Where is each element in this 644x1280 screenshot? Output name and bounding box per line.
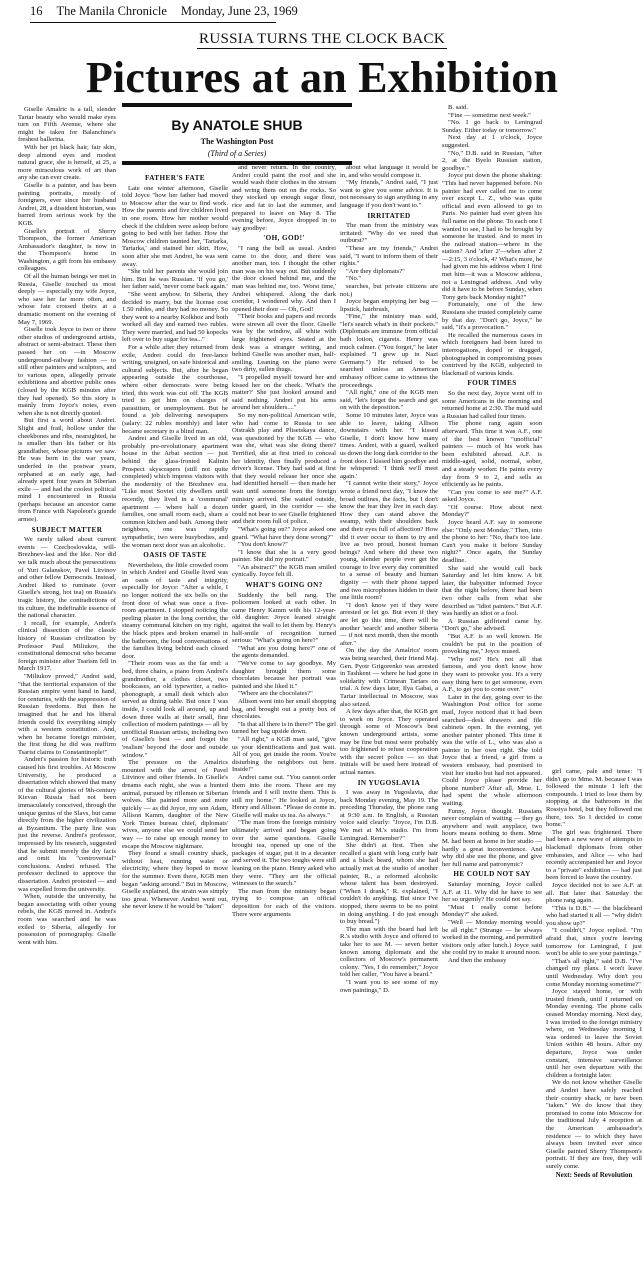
paragraph: Joyce decided not to see A.F. at all. Bu… [546,882,642,905]
paragraph: The girl was frightened. There had been … [546,829,642,882]
paragraph: "All right," a KGB man said, "give us yo… [232,736,336,774]
paragraph: Andrei came out. "You cannot order them … [232,774,336,820]
paragraph: "My friends," Andrei said, "I just want … [340,179,438,209]
paragraph: "Their books and papers and records were… [232,313,336,374]
paragraph: "Are they diplomats?" [340,268,438,276]
section-subhead: HE COULD NOT SAY [442,871,542,879]
paragraph: Giselle is a painter, and has been paint… [18,182,116,228]
paragraph: "What are you doing here?" one of the ag… [232,645,336,660]
paragraph: and never return. In the country, Andrei… [232,164,336,232]
byline-org: The Washington Post [122,137,352,146]
paragraph: With her jet black hair, fair skin, deep… [18,144,116,182]
paragraph: A Russian girlfriend came by. "Don't go,… [442,618,542,633]
paragraph: He recalled the numerous cases in which … [442,332,542,378]
kicker: RUSSIA TURNS THE CLOCK BACK [0,30,644,48]
paragraph: "What's going on?" Joyce asked one guard… [232,526,336,541]
paragraph: On the day the Amalrics' room was being … [340,647,438,708]
paragraph: searches, but private citizens are not.) [340,283,438,298]
paragraph: Late one winter afternoon, Giselle told … [122,185,228,269]
section-subhead: SUBJECT MATTER [18,527,116,535]
paragraph: "These are my friends," Andrei said, "I … [340,245,438,268]
paragraph: Andrei's passion for historic truth caus… [18,756,116,893]
paragraph: "Miliukov proved," Andrei said, "that th… [18,673,116,757]
paragraph: "I cannot write their story," Joyce wrot… [340,480,438,602]
series-label: (Third of a Series) [122,149,352,158]
byline-author: By ANATOLE SHUB [122,117,352,133]
paragraph: "She told her parents she would join him… [122,268,228,291]
paragraph: "The man from the foreign ministry ultim… [232,819,336,887]
paragraph: The man with the beard had left R.'s stu… [340,926,438,979]
section-subhead: WHAT'S GOING ON? [232,582,336,590]
divider [122,103,352,107]
paragraph: "You don't know?" [232,541,336,549]
paragraph: "No. I go back to Leningrad Sunday. Eith… [442,119,542,134]
paragraph: "She went anyhow. In Siberia, they decid… [122,291,228,344]
paragraph: Nevertheless, the little crowded room in… [122,562,228,661]
paragraph: "Fine — sometime next week." [442,112,542,120]
paragraph: "An abstract?" the KGB man smiled cynica… [232,564,336,579]
page-number: 16 [30,4,43,18]
issue-date: Monday, June 23, 1969 [181,4,298,18]
paragraph: Later in the day, going over to the Wash… [442,694,542,808]
paragraph: So the next day, Joyce went off to some … [442,390,542,420]
paragraph: B. said. [442,104,542,112]
paragraph: "Where are the chocolates?" [232,690,336,698]
section-subhead: OASIS OF TASTE [122,552,228,560]
paragraph: "Fine," the ministry man said, "let's se… [340,313,438,389]
paragraph: "I want you to see some of my own painti… [340,979,438,994]
paragraph: Andrei and Giselle lived in an old, prob… [122,435,228,549]
paragraph: "I know that she is a very good painter.… [232,549,336,564]
paragraph: She said she would call back Saturday an… [442,565,542,618]
paragraph: "This is D.B." — the blackbeard who had … [546,905,642,928]
paragraph: The man from the ministry began trying t… [232,888,336,918]
paragraph: I recall, for example, Andrei's clinical… [18,620,116,673]
paragraph: The man from the ministry was irritated:… [340,222,438,245]
kicker-text: RUSSIA TURNS THE CLOCK BACK [197,31,447,49]
paragraph: "I couldn't," Joyce replied. "I'm afraid… [546,927,642,957]
article-column-5: B. said."Fine — sometime next week.""No.… [442,104,542,1278]
paragraph: about what language it would be in, and … [340,164,438,179]
paragraph: "Must I really come before Monday?" she … [442,904,542,919]
paragraph: "But A.F. is so well known. He couldn't … [442,633,542,656]
masthead: 16The Manila ChronicleMonday, June 23, 1… [30,4,276,23]
paragraph: "I propelled myself toward her and kisse… [232,374,336,412]
paragraph: And then the embassy [442,957,542,965]
paragraph: A few days after that, the KGB got to wo… [340,708,438,776]
headline: Pictures at an Exhibition [0,52,644,103]
paragraph: Joyce began emptying her bag — lipstick,… [340,298,438,313]
next-installment-note: Next: Seeds of Revolution [546,1172,642,1180]
paragraph: "Can you come to see me?" A.F. asked Joy… [442,489,542,504]
section-subhead: FATHER'S FATE [122,175,228,183]
paragraph: girl came, pale and tense: "I didn't go … [546,768,642,829]
section-subhead: FOUR TIMES [442,380,542,388]
paragraph: Giselle Amalric is a tall, slender Tarta… [18,106,116,144]
section-subhead: IRRITATED [340,213,438,221]
paragraph: Fortunately, one of the few Russians she… [442,301,542,331]
paragraph: They found a small country shack, withou… [122,850,228,911]
paragraph: We rarely talked about current events — … [18,536,116,620]
paragraph: "I rang the bell as usual. Andrei came t… [232,245,336,313]
article-column-6: girl came, pale and tense: "I didn't go … [546,768,642,1278]
paragraph: But first a word about Andrei. Slight an… [18,417,116,523]
paragraph: The phone rang again soon afterward. Thi… [442,420,542,488]
paragraph: We do not know whether Giselle and Andre… [546,1079,642,1170]
paragraph: Allison went into her small shopping bag… [232,698,336,721]
paragraph: "Their room was as the far end: a bed, t… [122,660,228,759]
paragraph: Giselle took Joyce to two or three other… [18,326,116,417]
paragraph: Saturday morning, Joyce called A.F. at 1… [442,881,542,904]
article-column-3: and never return. In the country, Andrei… [232,164,336,1278]
paragraph: Suddenly the bell rang. The policemen lo… [232,592,336,645]
paragraph: The pressure on the Amalrics mounted wit… [122,759,228,850]
paragraph: Of all the human beings we met in Russia… [18,273,116,326]
paragraph: "Is that all there is in there?" The gir… [232,721,336,736]
article-column-2: FATHER'S FATELate one winter afternoon, … [122,172,228,1278]
paragraph: "Why not? He's not all that famous, and … [442,656,542,694]
paragraph: Joyce stayed home, or with trusted frien… [546,988,642,1079]
paragraph: "We've come to say goodbye. My daughter … [232,660,336,690]
paragraph: "No," D.B. said in Russian, "after 2, at… [442,150,542,173]
paragraph: "That's all right," said D.B. "I've chan… [546,958,642,988]
article-column-1: Giselle Amalric is a tall, slender Tarta… [18,106,116,1278]
newspaper-name: The Manila Chronicle [57,4,167,18]
section-subhead: 'OH, GOD!' [232,235,336,243]
paragraph: "I don't know yet if they were arrested … [340,602,438,648]
paragraph: "All right," one of the KGB men said, "l… [340,389,438,412]
paragraph: I was away in Yugoslavia, due back Monda… [340,789,438,842]
paragraph: "Of course. How about next Monday?" [442,504,542,519]
paragraph: So my non-political American wife, who h… [232,412,336,526]
paragraph: Joyce heard A.F. say to someone else: "O… [442,519,542,565]
paragraph: Giselle's portrait of Sherry Thompson, t… [18,228,116,274]
paragraph: For a while after they returned from exi… [122,344,228,435]
section-subhead: IN YUGOSLAVIA [340,780,438,788]
paragraph: Next day at 1 o'clock, Joyce suggested. [442,134,542,149]
paragraph: When, outside the university, he began a… [18,893,116,946]
article-column-4: about what language it would be in, and … [340,164,438,1278]
paragraph: "No." [340,275,438,283]
paragraph: Some 10 minutes later, Joyce was able to… [340,412,438,480]
paragraph: Joyce put down the phone shaking: "This … [442,172,542,301]
paragraph: She didn't at first. Then she recalled a… [340,842,438,926]
paragraph: Funny, Joyce thought. Russians never com… [442,808,542,869]
paragraph: "Well — Monday morning would be all righ… [442,919,542,957]
